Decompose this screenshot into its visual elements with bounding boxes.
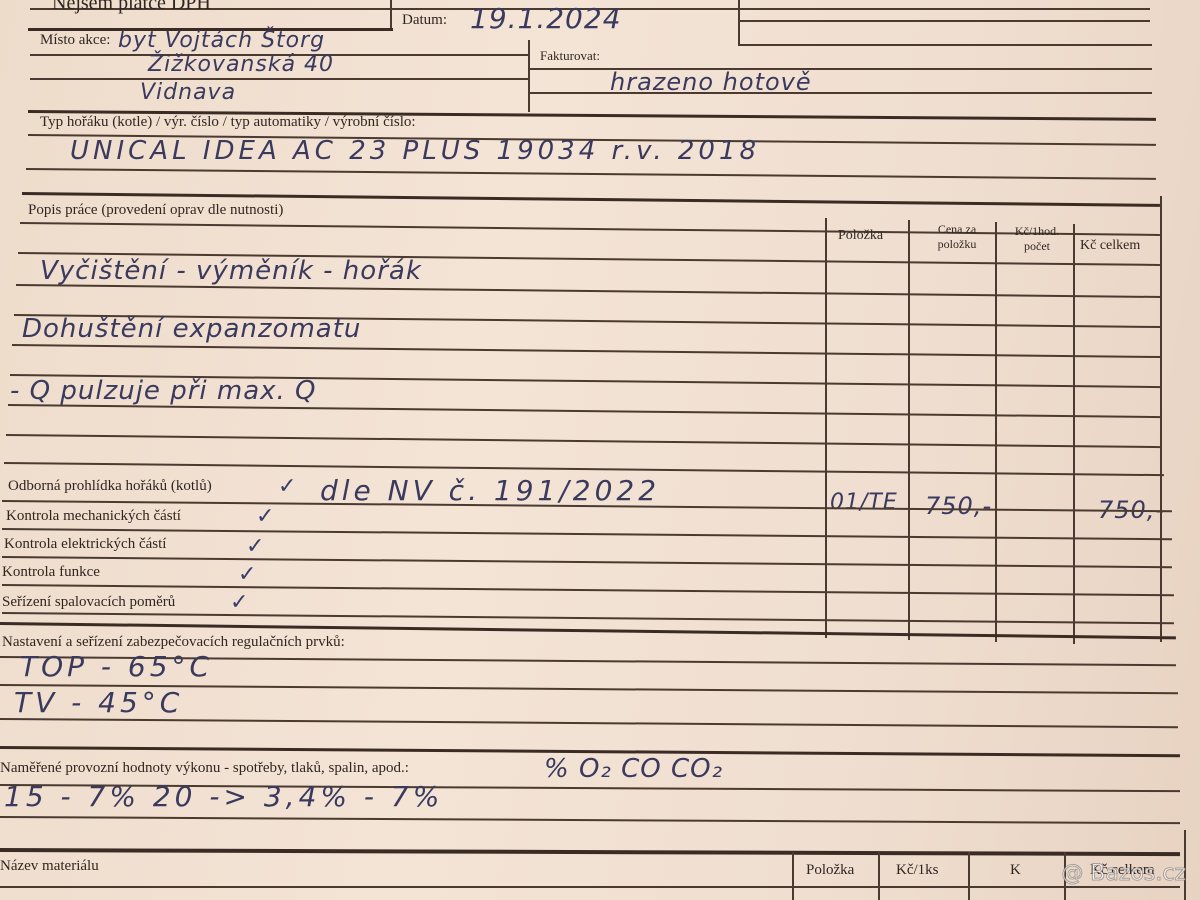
col-divider [792,852,794,900]
date-value: 19.1.2024 [470,2,622,35]
vat-status: Nejsem plátce DPH [52,0,211,15]
date-label: Datum: [402,12,447,29]
rule [0,848,1180,856]
inspection-note: dle NV č. 191/2022 [320,474,660,507]
col-polozka: Položka [838,228,883,244]
work-line-3: - Q pulzuje při max. Q [10,376,317,406]
rule [30,78,530,80]
col-divider [825,218,827,638]
settings-label: Nastavení a seřízení zabezpečovacích reg… [2,634,345,651]
service-report-sheet: Nejsem plátce DPH Datum: 19.1.2024 Místo… [0,0,1200,900]
check-icon: ✓ [256,504,274,529]
col-divider [968,852,970,900]
material-col-polozka: Položka [806,862,854,879]
rule [0,816,1180,824]
check-icon: ✓ [238,562,256,587]
col-divider [1073,224,1075,644]
watermark: @ Bazos.cz [1061,861,1186,886]
measured-label: Naměřené provozní hodnoty výkonu - spotř… [0,760,409,777]
measured-header-note: % O₂ CO CO₂ [544,754,723,784]
rule [740,44,1152,46]
material-col-k: K [1010,862,1021,879]
divider [390,0,392,30]
measured-values: 15 - 7% 20 -> 3,4% - 7% [4,780,443,813]
rule [2,612,1174,624]
check-icon: ✓ [230,590,248,615]
inspection-label-4: Kontrola funkce [2,564,100,581]
burner-value: UNICAL IDEA AC 23 PLUS 19034 r.v. 2018 [70,136,760,166]
col-divider [878,852,880,900]
rule [6,434,1162,448]
divider [528,40,530,112]
rule [8,404,1162,418]
rule [740,20,1150,22]
material-label: Název materiálu [0,858,99,875]
inspection-polozka: 01/TE [830,490,898,515]
inspection-label-3: Kontrola elektrických částí [4,536,166,553]
col-divider [995,222,997,642]
check-icon: ✓ [278,474,296,499]
divider [738,0,740,46]
inspection-cena: 750,- [925,492,992,520]
col-divider [908,220,910,640]
settings-line-2: TV - 45°C [14,686,183,719]
location-label: Místo akce: [40,32,110,49]
inspection-label-1: Odborná prohlídka hořáků (kotlů) [8,478,212,495]
col-kc-celkem: Kč celkem [1080,238,1140,254]
location-line-1: byt Vojtách Štorg [118,28,325,53]
check-icon: ✓ [246,534,264,559]
work-label: Popis práce (provedení oprav dle nutnost… [28,202,283,219]
burner-label: Typ hořáku (kotle) / výr. číslo / typ au… [40,114,416,131]
rule [26,168,1156,180]
work-line-1: Vyčištění - výměník - hořák [40,256,422,286]
inspection-label-2: Kontrola mechanických částí [6,508,181,525]
rule [16,284,1162,298]
rule [530,92,1152,94]
rule [0,718,1178,728]
location-line-3: Vidnava [140,80,236,105]
inspection-label-5: Seřízení spalovacích poměrů [2,594,175,611]
rule [2,584,1174,596]
rule [0,886,1180,888]
invoice-label: Fakturovat: [540,48,600,64]
col-kc-hod: Kč/1hod. počet [1002,224,1072,254]
work-line-2: Dohuštění expanzomatu [22,314,361,344]
location-line-2: Žižkovanská 40 [148,52,334,77]
col-cena: Cena za položku [922,222,992,252]
rule [12,344,1162,358]
col-divider [1160,196,1162,642]
material-col-kc-ks: Kč/1ks [896,862,939,879]
settings-line-1: TOP - 65°C [20,650,213,683]
